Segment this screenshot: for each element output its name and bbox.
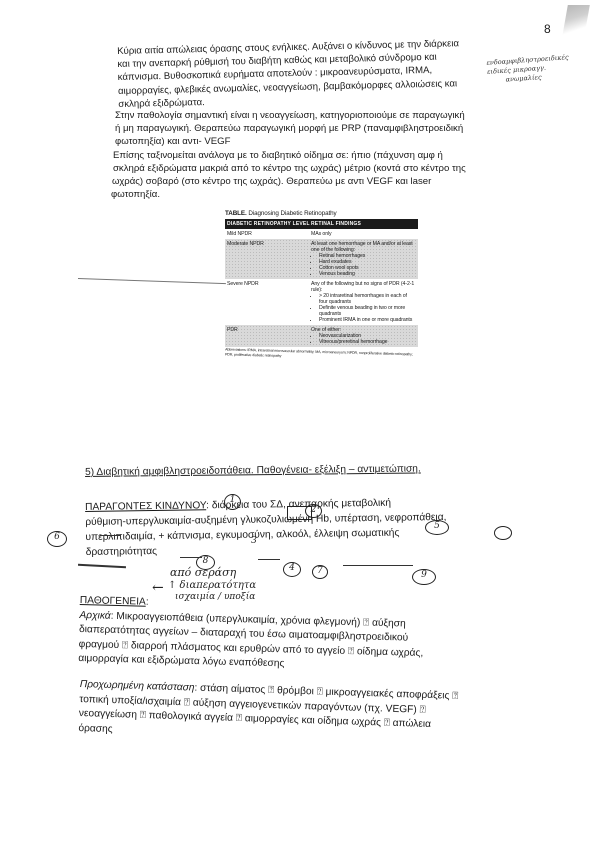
- cell-findings: Any of the following but no signs of PDR…: [311, 281, 416, 323]
- cell-level: PDR: [227, 327, 311, 345]
- risk-label: ΠΑΡΑΓΟΝΤΕΣ ΚΙΝΔΥΝΟΥ: [85, 500, 206, 513]
- scan-stray-line: [78, 278, 226, 284]
- scan-corner-mark: [562, 5, 590, 37]
- cell-findings: At least one hemorrhage or MA and/or at …: [311, 241, 416, 277]
- cell-level: Mild NPDR: [227, 231, 311, 237]
- pathology-paragraph: Στην παθολογία σημαντική είναι η νεοαγγε…: [115, 109, 466, 201]
- diagnosis-table: TABLE. Diagnosing Diabetic Retinopathy D…: [225, 210, 418, 360]
- findings-intro: MAs only: [311, 231, 416, 237]
- annotation-circle-5: 5: [425, 520, 449, 535]
- pen-stroke: [78, 564, 126, 569]
- annotation-circle-6: 6: [47, 531, 67, 547]
- pathogenesis-advanced: Προχωρημένη κατάσταση: στάση αίματος ⍰ θ…: [78, 678, 458, 748]
- cell-findings: One of either:NeovascularizationVitreous…: [311, 327, 416, 345]
- annotation-circle-7: 7: [312, 565, 328, 579]
- finding-item: Definite venous beading in two or more q…: [319, 305, 416, 317]
- page-number: 8: [544, 22, 551, 36]
- findings-list: > 20 intraretinal hemorrhages in each of…: [311, 293, 416, 323]
- cell-level: Severe NPDR: [227, 281, 311, 323]
- table-header: DIABETIC RETINOPATHY LEVEL RETINAL FINDI…: [225, 219, 418, 229]
- advanced-label: Προχωρημένη κατάσταση: [80, 679, 195, 694]
- pen-stroke: [343, 565, 413, 566]
- pathogenesis-label: ΠΑΘΟΓΕΝΕΙΑ: [80, 595, 146, 608]
- annotation-circle-1: 1: [224, 494, 241, 510]
- table-title: TABLE. Diagnosing Diabetic Retinopathy: [225, 210, 418, 217]
- handwritten-note-1: από σεράση: [170, 566, 236, 579]
- pathology-line: φωτοπηξία) και αντι- VEGF: [115, 135, 466, 148]
- findings-intro: At least one hemorrhage or MA and/or at …: [311, 241, 416, 253]
- table-abbreviations: Abbreviations: IRMA, intraretinal microv…: [225, 347, 418, 362]
- table-row: Severe NPDRAny of the following but no s…: [225, 279, 418, 325]
- annotation-box: [287, 506, 312, 520]
- finding-item: Vitreous/preretinal hemorrhage: [319, 339, 416, 345]
- handwritten-margin-note: ενδοαμφιβληστροειδικές ειδικές μικροαγγ.…: [486, 53, 570, 86]
- intro-paragraph: Κύρια αιτία απώλειας όρασης στους ενήλικ…: [117, 37, 460, 111]
- finding-item: Venous beading: [319, 271, 416, 277]
- cell-findings: MAs only: [311, 231, 416, 237]
- section-title: 5) Διαβητική αμφιβληστροειδοπάθεια. Παθο…: [85, 463, 421, 478]
- risk-factors: ΠΑΡΑΓΟΝΤΕΣ ΚΙΝΔΥΝΟΥ: διάρκεια του ΣΔ, αν…: [85, 495, 447, 560]
- pathology-line: Στην παθολογία σημαντική είναι η νεοαγγε…: [115, 109, 466, 122]
- initial-label: Αρχικά: [79, 609, 111, 621]
- handwritten-note-2: ↑ διαπερατότητα: [168, 580, 256, 591]
- table-title-label: TABLE.: [225, 210, 247, 217]
- pathology-line: φωτοπηξία.: [111, 188, 466, 201]
- table-row: PDROne of either:NeovascularizationVitre…: [225, 325, 418, 347]
- annotation-circle-9: 9: [412, 569, 436, 585]
- table-row: Moderate NPDRAt least one hemorrhage or …: [225, 239, 418, 279]
- annotation-circle-top-right: [494, 526, 512, 540]
- header-findings: RETINAL FINDINGS: [311, 221, 416, 227]
- table-body: Mild NPDRMAs onlyModerate NPDRAt least o…: [225, 229, 418, 347]
- finding-item: Prominent IRMA in one or more quadrants: [319, 317, 416, 323]
- annotation-circle-3: 3: [248, 536, 260, 546]
- findings-list: Retinal hemorrhagesHard exudatesCotton w…: [311, 253, 416, 277]
- table-title-text: Diagnosing Diabetic Retinopathy: [247, 210, 337, 217]
- pathology-line: ωχράς) σοβαρό (στο κέντρο της ωχράς). Θε…: [112, 175, 466, 188]
- pen-stroke: [258, 559, 280, 560]
- cell-level: Moderate NPDR: [227, 241, 311, 277]
- finding-item: > 20 intraretinal hemorrhages in each of…: [319, 293, 416, 305]
- arrow-left-icon: ←: [152, 580, 164, 596]
- pathology-line: Επίσης ταξινομείται ανάλογα με το διαβητ…: [113, 149, 466, 162]
- findings-intro: Any of the following but no signs of PDR…: [311, 281, 416, 293]
- pen-stroke: [100, 535, 120, 536]
- annotation-circle-4: 4: [283, 562, 301, 577]
- colon: :: [146, 597, 149, 608]
- findings-list: NeovascularizationVitreous/preretinal he…: [311, 333, 416, 345]
- header-level: DIABETIC RETINOPATHY LEVEL: [227, 221, 311, 227]
- pathology-line: ή μη παραγωγική. Θεραπεύω παραγωγική μορ…: [115, 122, 466, 135]
- pen-stroke: [180, 557, 202, 558]
- pathogenesis-initial: ΠΑΘΟΓΕΝΕΙΑ: Αρχικά: Μικροαγγειοπάθεια (υ…: [78, 594, 424, 675]
- table-row: Mild NPDRMAs only: [225, 229, 418, 239]
- pathology-line: σκληρά εξιδρώματα μακριά από το κέντρο τ…: [113, 162, 466, 175]
